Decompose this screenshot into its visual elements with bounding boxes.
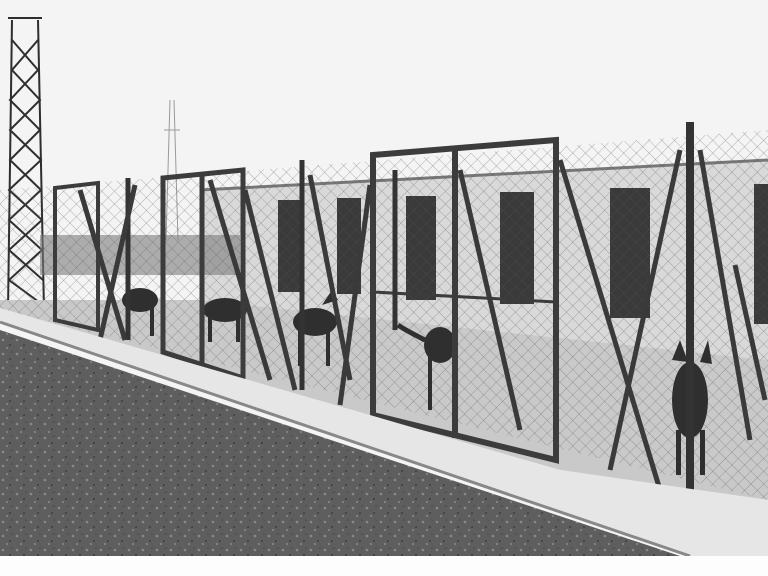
kennel-photo — [0, 0, 768, 576]
bottom-margin — [0, 556, 768, 576]
